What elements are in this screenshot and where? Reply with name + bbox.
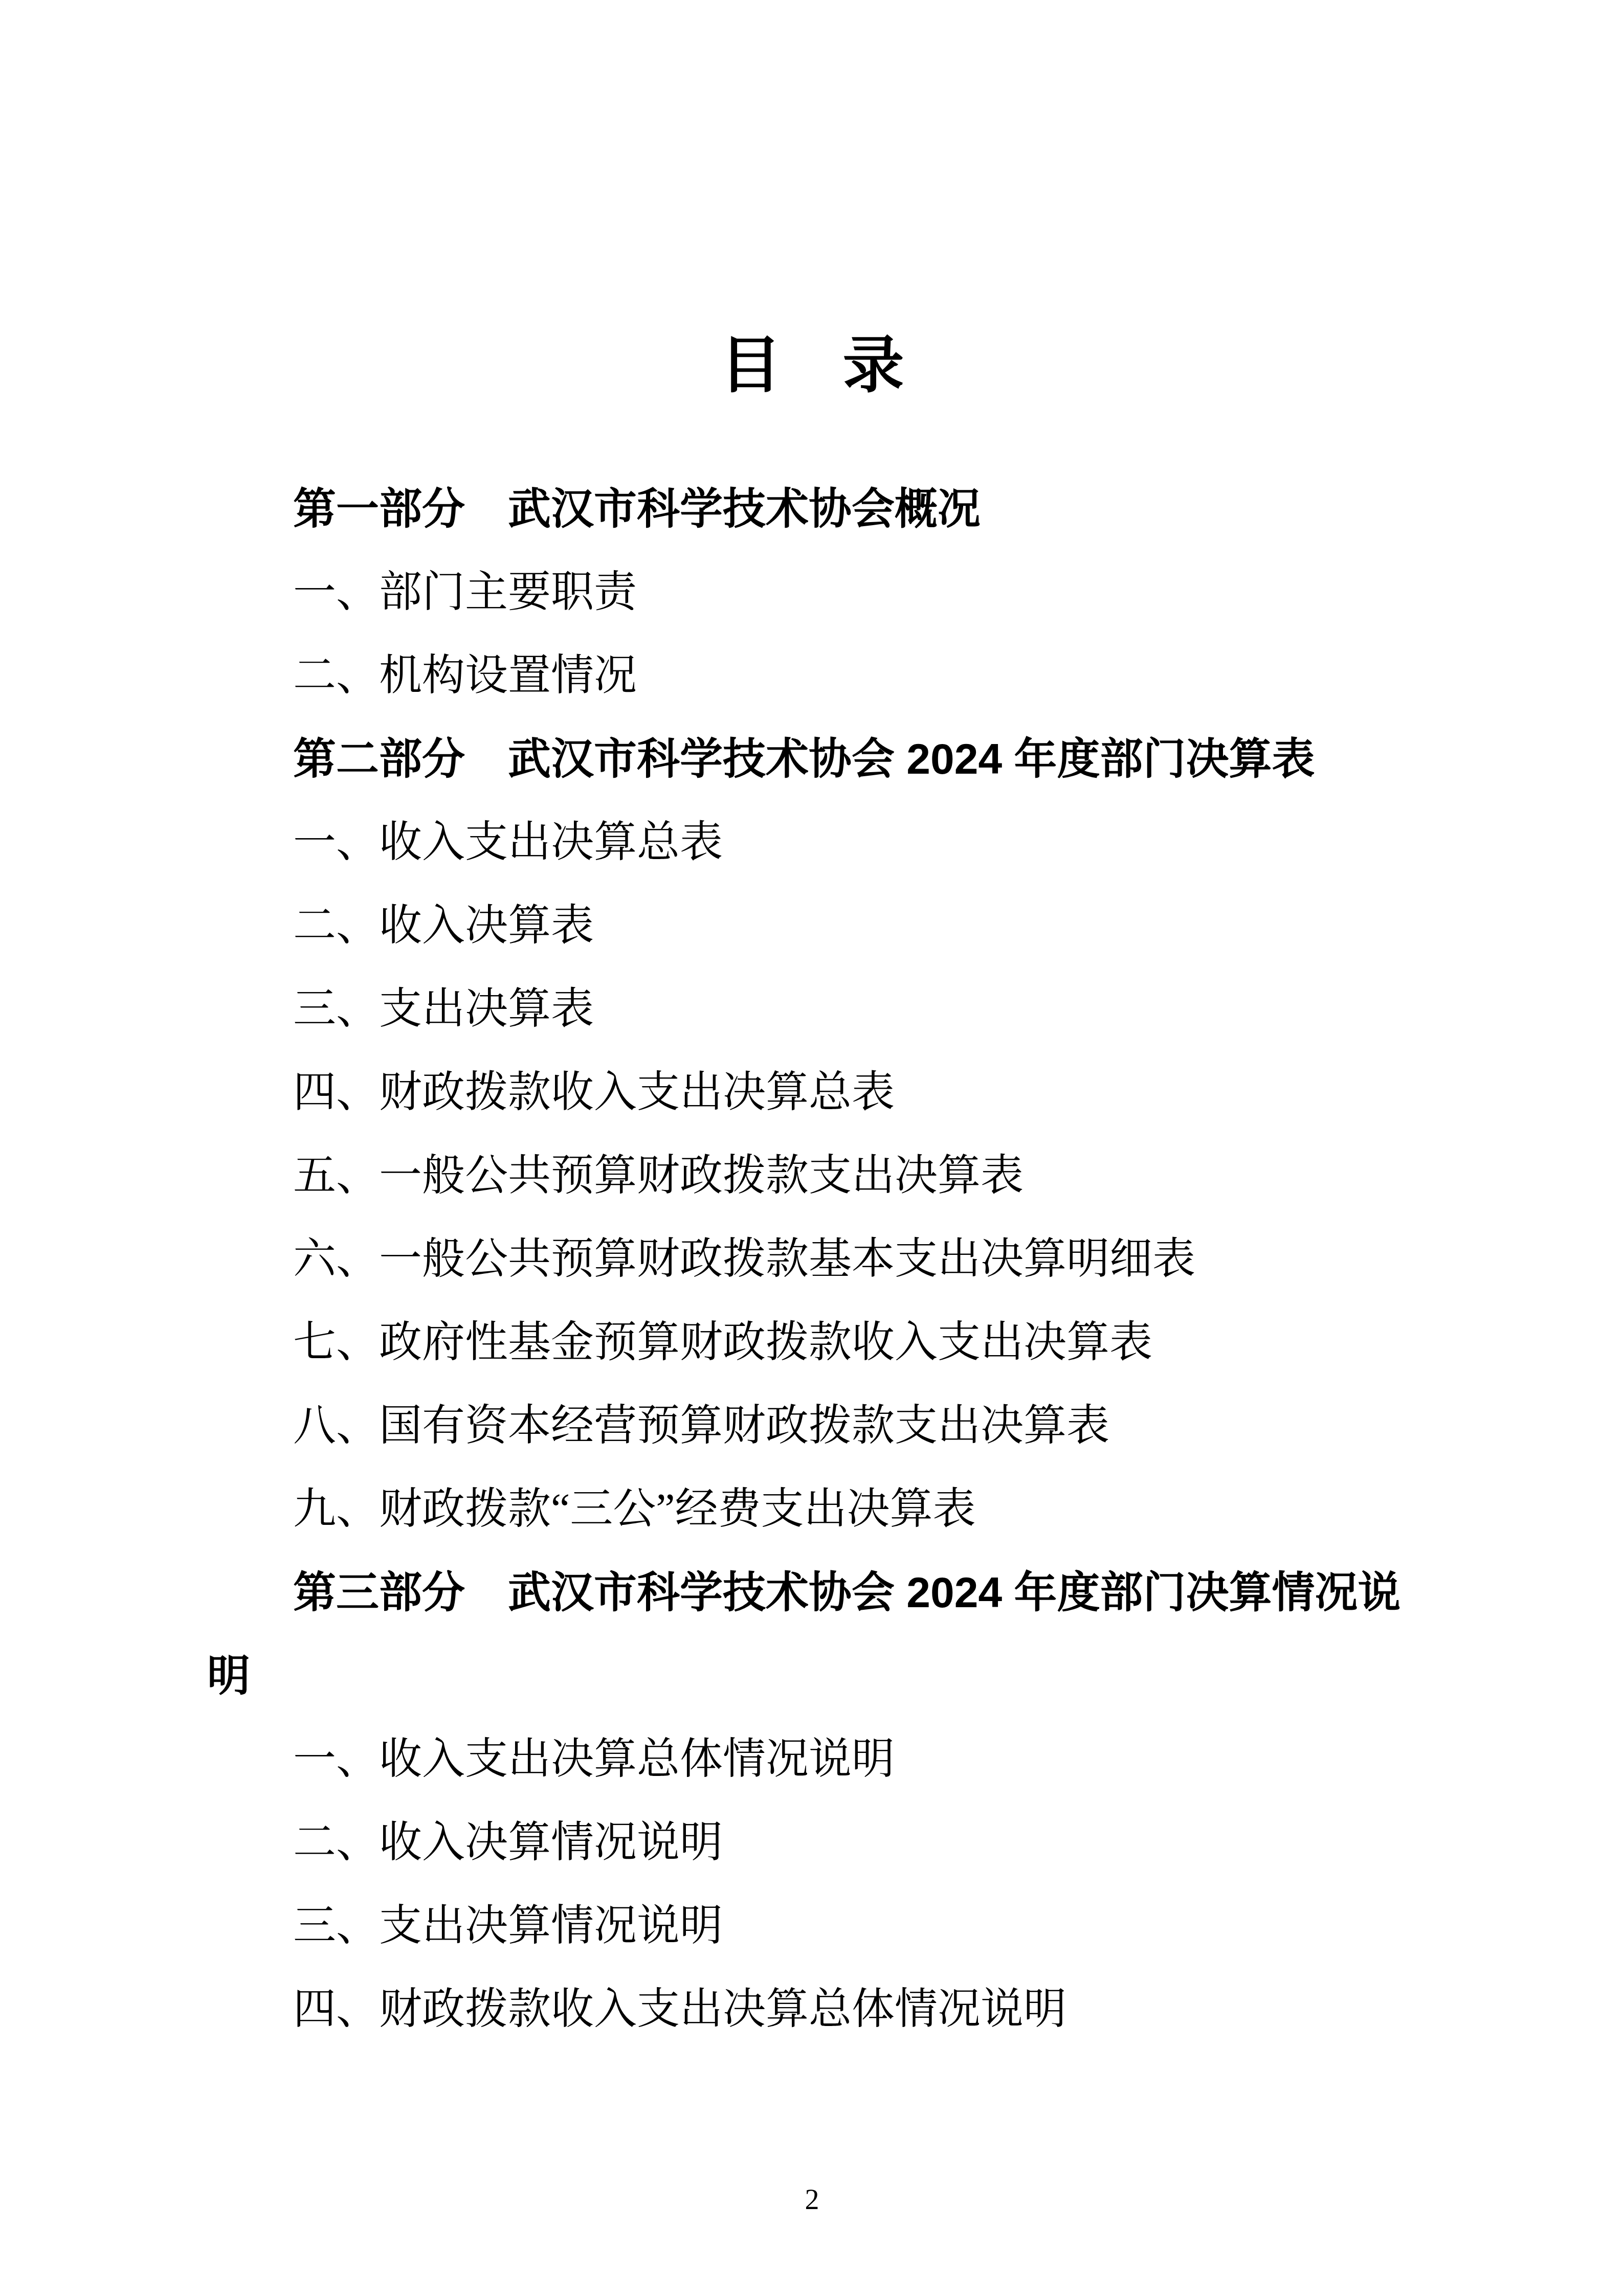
section-3-heading: 第三部分 武汉市科学技术协会 2024 年度部门决算情况说明: [207, 1551, 1417, 1718]
toc-item: 六、一般公共预算财政拨款基本支出决算明细表: [207, 1218, 1417, 1301]
toc-item: 一、部门主要职责: [207, 551, 1417, 634]
table-of-contents: 第一部分 武汉市科学技术协会概况 一、部门主要职责 二、机构设置情况 第二部分 …: [207, 467, 1417, 2051]
toc-item: 一、收入支出决算总体情况说明: [207, 1718, 1417, 1801]
toc-item: 五、一般公共预算财政拨款支出决算表: [207, 1134, 1417, 1218]
toc-item: 二、机构设置情况: [207, 634, 1417, 717]
document-page: 目 录 第一部分 武汉市科学技术协会概况 一、部门主要职责 二、机构设置情况 第…: [0, 0, 1624, 2296]
toc-item: 七、政府性基金预算财政拨款收入支出决算表: [207, 1301, 1417, 1384]
toc-item: 二、收入决算情况说明: [207, 1801, 1417, 1884]
page-number: 2: [0, 2179, 1624, 2220]
toc-item: 四、财政拨款收入支出决算总体情况说明: [207, 1968, 1417, 2051]
toc-item: 九、财政拨款“三公”经费支出决算表: [207, 1468, 1417, 1551]
page-title: 目 录: [0, 327, 1624, 404]
toc-item: 三、支出决算情况说明: [207, 1884, 1417, 1968]
toc-item: 三、支出决算表: [207, 967, 1417, 1051]
toc-item: 八、国有资本经营预算财政拨款支出决算表: [207, 1384, 1417, 1468]
toc-item: 一、收入支出决算总表: [207, 801, 1417, 884]
section-1-heading: 第一部分 武汉市科学技术协会概况: [207, 467, 1417, 551]
section-2-heading: 第二部分 武汉市科学技术协会 2024 年度部门决算表: [207, 717, 1417, 801]
toc-item: 二、收入决算表: [207, 884, 1417, 967]
toc-item: 四、财政拨款收入支出决算总表: [207, 1051, 1417, 1134]
